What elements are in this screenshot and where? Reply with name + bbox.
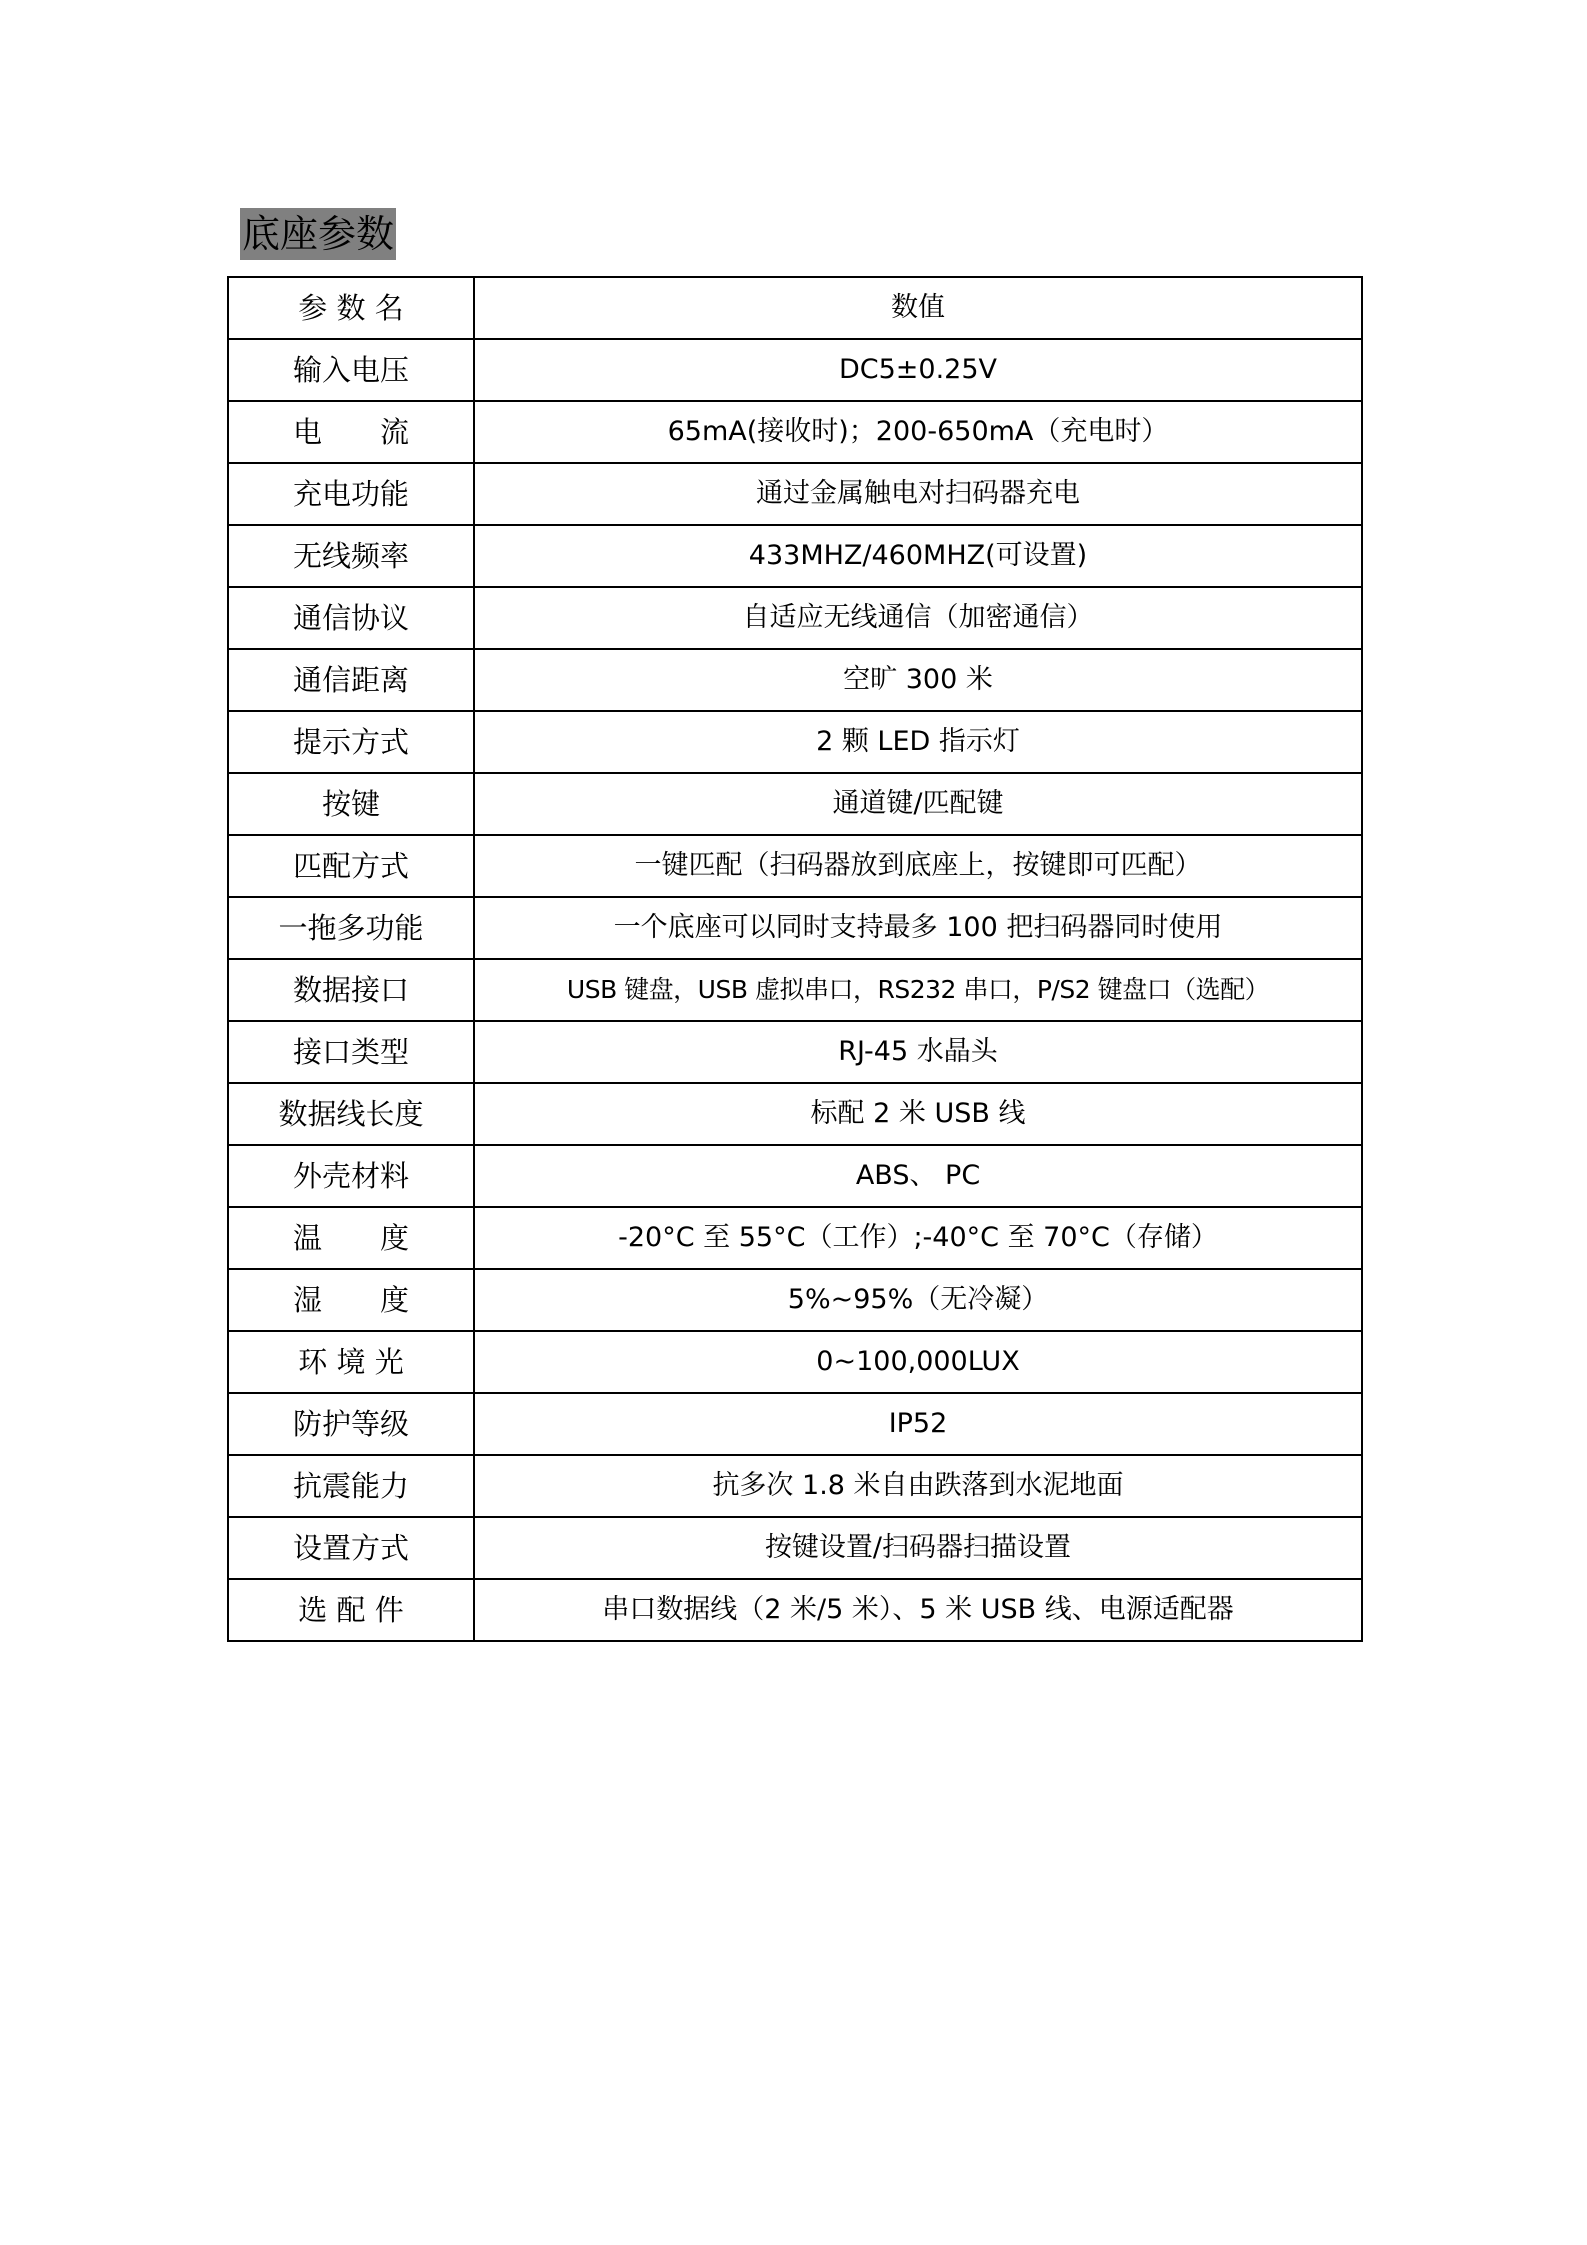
param-name: 温 度 xyxy=(228,1207,474,1269)
param-value: 标配 2 米 USB 线 xyxy=(474,1083,1362,1145)
table-row: 选 配 件 串口数据线（2 米/5 米）、5 米 USB 线、电源适配器 xyxy=(228,1579,1362,1641)
param-name: 提示方式 xyxy=(228,711,474,773)
param-name: 湿 度 xyxy=(228,1269,474,1331)
param-value: RJ-45 水晶头 xyxy=(474,1021,1362,1083)
table-row: 数据线长度 标配 2 米 USB 线 xyxy=(228,1083,1362,1145)
table-row: 防护等级 IP52 xyxy=(228,1393,1362,1455)
table-row: 电 流 65mA(接收时)；200-650mA（充电时） xyxy=(228,401,1362,463)
table-row: 设置方式 按键设置/扫码器扫描设置 xyxy=(228,1517,1362,1579)
table-row: 温 度 -20°C 至 55°C（工作）;-40°C 至 70°C（存储） xyxy=(228,1207,1362,1269)
param-value: 串口数据线（2 米/5 米）、5 米 USB 线、电源适配器 xyxy=(474,1579,1362,1641)
param-name: 防护等级 xyxy=(228,1393,474,1455)
param-name: 选 配 件 xyxy=(228,1579,474,1641)
param-value: 抗多次 1.8 米自由跌落到水泥地面 xyxy=(474,1455,1362,1517)
table-row: 数据接口 USB 键盘，USB 虚拟串口，RS232 串口，P/S2 键盘口（选… xyxy=(228,959,1362,1021)
header-param-name: 参 数 名 xyxy=(228,277,474,339)
param-name: 环 境 光 xyxy=(228,1331,474,1393)
param-name: 外壳材料 xyxy=(228,1145,474,1207)
param-name: 设置方式 xyxy=(228,1517,474,1579)
param-name: 通信距离 xyxy=(228,649,474,711)
table-row: 外壳材料 ABS、 PC xyxy=(228,1145,1362,1207)
param-value: 一键匹配（扫码器放到底座上，按键即可匹配） xyxy=(474,835,1362,897)
param-value: 2 颗 LED 指示灯 xyxy=(474,711,1362,773)
param-name: 数据线长度 xyxy=(228,1083,474,1145)
table-row: 通信协议 自适应无线通信（加密通信） xyxy=(228,587,1362,649)
table-row: 通信距离 空旷 300 米 xyxy=(228,649,1362,711)
table-row: 无线频率 433MHZ/460MHZ(可设置) xyxy=(228,525,1362,587)
table-row: 抗震能力 抗多次 1.8 米自由跌落到水泥地面 xyxy=(228,1455,1362,1517)
param-name: 无线频率 xyxy=(228,525,474,587)
param-name: 充电功能 xyxy=(228,463,474,525)
table-row: 充电功能 通过金属触电对扫码器充电 xyxy=(228,463,1362,525)
table-row: 接口类型 RJ-45 水晶头 xyxy=(228,1021,1362,1083)
table-row: 匹配方式 一键匹配（扫码器放到底座上，按键即可匹配） xyxy=(228,835,1362,897)
param-value: DC5±0.25V xyxy=(474,339,1362,401)
param-value: 按键设置/扫码器扫描设置 xyxy=(474,1517,1362,1579)
param-value: 通过金属触电对扫码器充电 xyxy=(474,463,1362,525)
param-value: 空旷 300 米 xyxy=(474,649,1362,711)
param-value: 65mA(接收时)；200-650mA（充电时） xyxy=(474,401,1362,463)
table-row: 一拖多功能 一个底座可以同时支持最多 100 把扫码器同时使用 xyxy=(228,897,1362,959)
param-value: IP52 xyxy=(474,1393,1362,1455)
table-header-row: 参 数 名 数值 xyxy=(228,277,1362,339)
param-value: 自适应无线通信（加密通信） xyxy=(474,587,1362,649)
table-row: 环 境 光 0~100,000LUX xyxy=(228,1331,1362,1393)
param-name: 按键 xyxy=(228,773,474,835)
table-row: 湿 度 5%~95%（无冷凝） xyxy=(228,1269,1362,1331)
header-value: 数值 xyxy=(474,277,1362,339)
param-value: ABS、 PC xyxy=(474,1145,1362,1207)
table-row: 输入电压 DC5±0.25V xyxy=(228,339,1362,401)
param-name: 接口类型 xyxy=(228,1021,474,1083)
param-name: 一拖多功能 xyxy=(228,897,474,959)
section-title: 底座参数 xyxy=(240,208,396,260)
param-value: USB 键盘，USB 虚拟串口，RS232 串口，P/S2 键盘口（选配） xyxy=(474,959,1362,1021)
param-value: 433MHZ/460MHZ(可设置) xyxy=(474,525,1362,587)
param-name: 电 流 xyxy=(228,401,474,463)
param-name: 数据接口 xyxy=(228,959,474,1021)
param-name: 通信协议 xyxy=(228,587,474,649)
param-value: 0~100,000LUX xyxy=(474,1331,1362,1393)
param-value: 一个底座可以同时支持最多 100 把扫码器同时使用 xyxy=(474,897,1362,959)
table-row: 提示方式 2 颗 LED 指示灯 xyxy=(228,711,1362,773)
param-name: 匹配方式 xyxy=(228,835,474,897)
param-name: 输入电压 xyxy=(228,339,474,401)
param-value: 5%~95%（无冷凝） xyxy=(474,1269,1362,1331)
table-row: 按键 通道键/匹配键 xyxy=(228,773,1362,835)
param-value: 通道键/匹配键 xyxy=(474,773,1362,835)
spec-table: 参 数 名 数值 输入电压 DC5±0.25V 电 流 65mA(接收时)；20… xyxy=(227,276,1363,1642)
param-name: 抗震能力 xyxy=(228,1455,474,1517)
param-value: -20°C 至 55°C（工作）;-40°C 至 70°C（存储） xyxy=(474,1207,1362,1269)
